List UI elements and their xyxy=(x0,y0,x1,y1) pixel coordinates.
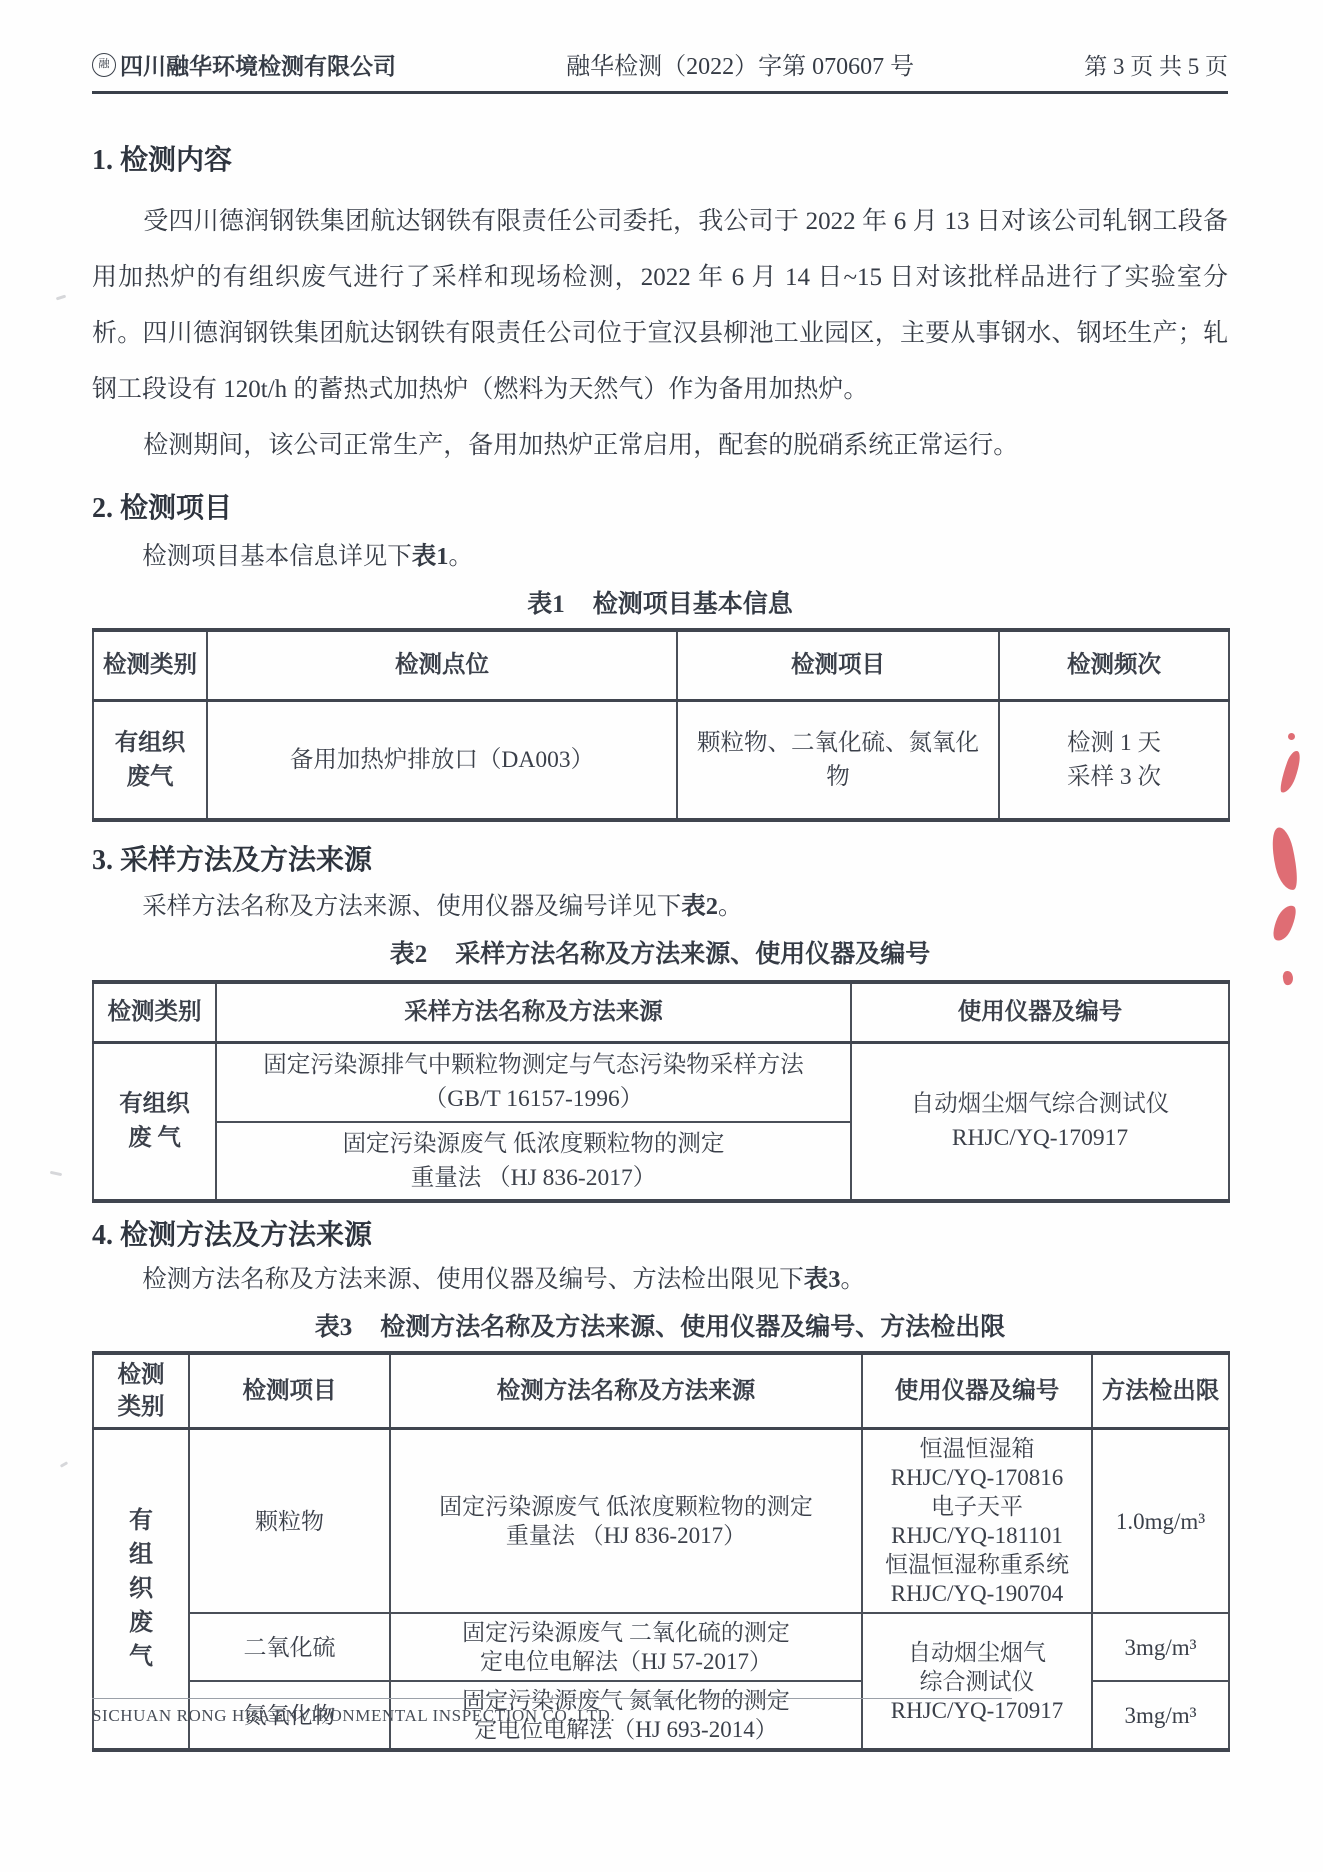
t2-cell-instrument: 自动烟尘烟气综合测试仪 RHJC/YQ-170917 xyxy=(851,1042,1229,1201)
table-3-caption: 检测方法名称及方法来源、使用仪器及编号、方法检出限 xyxy=(380,1314,1005,1341)
section-2-intro: 检测项目基本信息详见下表1。 xyxy=(92,534,1228,580)
section-4-title: 4. 检测方法及方法来源 xyxy=(92,1219,1228,1253)
section-1-paragraph-2: 检测期间，该公司正常生产，备用加热炉正常启用，配套的脱硝系统正常运行。 xyxy=(92,418,1228,474)
table-2-data-row: 有组织 废 气 固定污染源排气中颗粒物测定与气态污染物采样方法 （GB/T 16… xyxy=(93,1042,1229,1122)
section-1-title: 1. 检测内容 xyxy=(92,144,1228,178)
t1-cell-frequency: 检测 1 天 采样 3 次 xyxy=(999,700,1229,820)
t3-header-limit: 方法检出限 xyxy=(1092,1353,1229,1429)
t3-cell-limit-1: 1.0mg/m³ xyxy=(1092,1429,1229,1614)
table-3-row-particulate: 有 组 织 废 气 颗粒物 固定污染源废气 低浓度颗粒物的测定 重量法 （HJ … xyxy=(93,1429,1229,1614)
t3-header-item: 检测项目 xyxy=(189,1353,390,1429)
intro-text: 采样方法名称及方法来源、使用仪器及编号详见下 xyxy=(142,893,681,920)
t1-header-category: 检测类别 xyxy=(93,630,207,700)
t1-header-frequency: 检测频次 xyxy=(999,630,1229,700)
table-1-detection-items: 检测类别 检测点位 检测项目 检测频次 有组织 废气 备用加热炉排放口（DA00… xyxy=(92,628,1230,822)
scan-artifact-mark xyxy=(56,295,66,301)
t3-cell-method-2: 固定污染源废气 二氧化硫的测定 定电位电解法（HJ 57-2017） xyxy=(390,1613,862,1681)
red-stamp-fragment xyxy=(1282,970,1294,986)
t1-cell-point: 备用加热炉排放口（DA003） xyxy=(207,700,677,820)
company-name-text: 四川融华环境检测有限公司 xyxy=(120,48,396,81)
intro-text: 检测项目基本信息详见下 xyxy=(142,543,412,570)
intro-text-end: 。 xyxy=(718,893,743,920)
document-footer: SICHUAN RONG HUA ENVIRONMENTAL INSPECTIO… xyxy=(92,1698,1012,1726)
t3-header-method: 检测方法名称及方法来源 xyxy=(390,1353,862,1429)
t2-header-category: 检测类别 xyxy=(93,982,216,1042)
table-1-caption: 检测项目基本信息 xyxy=(593,591,793,618)
t1-header-point: 检测点位 xyxy=(207,630,677,700)
table-1-ref: 表1 xyxy=(412,543,449,570)
section-3-intro: 采样方法名称及方法来源、使用仪器及编号详见下表2。 xyxy=(92,884,1228,930)
table-1-data-row: 有组织 废气 备用加热炉排放口（DA003） 颗粒物、二氧化硫、氮氧化物 检测 … xyxy=(93,700,1229,820)
red-stamp-fragment xyxy=(1269,902,1300,944)
t1-header-items: 检测项目 xyxy=(677,630,999,700)
intro-text-end: 。 xyxy=(840,1266,865,1293)
section-2-title: 2. 检测项目 xyxy=(92,492,1228,526)
table-2-caption: 采样方法名称及方法来源、使用仪器及编号 xyxy=(455,941,930,968)
footer-company-en: SICHUAN RONG HUA ENVIRONMENTAL INSPECTIO… xyxy=(92,1706,615,1725)
page-content: 融 四川融华环境检测有限公司 融华检测（2022）字第 070607 号 第 3… xyxy=(92,0,1228,1752)
report-page: 融 四川融华环境检测有限公司 融华检测（2022）字第 070607 号 第 3… xyxy=(0,0,1323,1872)
page-indicator: 第 3 页 共 5 页 xyxy=(1084,48,1228,81)
scan-artifact-mark xyxy=(50,1171,62,1176)
company-name: 融 四川融华环境检测有限公司 xyxy=(92,48,396,81)
t2-header-instrument: 使用仪器及编号 xyxy=(851,982,1229,1042)
t3-cell-instrument-1: 恒温恒湿箱 RHJC/YQ-170816 电子天平 RHJC/YQ-181101… xyxy=(862,1429,1092,1614)
table-2-ref: 表2 xyxy=(681,893,718,920)
table-3-detection-methods: 检测 类别 检测项目 检测方法名称及方法来源 使用仪器及编号 方法检出限 有 组… xyxy=(92,1351,1230,1752)
t1-cell-category: 有组织 废气 xyxy=(93,700,207,820)
company-seal-icon: 融 xyxy=(92,53,116,77)
table-3-ref: 表3 xyxy=(804,1266,841,1293)
document-header: 融 四川融华环境检测有限公司 融华检测（2022）字第 070607 号 第 3… xyxy=(92,0,1228,94)
red-stamp-fragment xyxy=(1267,825,1302,892)
t3-cell-item-2: 二氧化硫 xyxy=(189,1613,390,1681)
t3-cell-item-1: 颗粒物 xyxy=(189,1429,390,1614)
t1-cell-items: 颗粒物、二氧化硫、氮氧化物 xyxy=(677,700,999,820)
t3-header-category: 检测 类别 xyxy=(93,1353,189,1429)
table-2-sampling-methods: 检测类别 采样方法名称及方法来源 使用仪器及编号 有组织 废 气 固定污染源排气… xyxy=(92,980,1230,1203)
t2-header-method: 采样方法名称及方法来源 xyxy=(216,982,851,1042)
section-4-intro: 检测方法名称及方法来源、使用仪器及编号、方法检出限见下表3。 xyxy=(92,1257,1228,1303)
table-1-label: 表1 xyxy=(527,591,565,618)
t2-cell-category: 有组织 废 气 xyxy=(93,1042,216,1201)
intro-text-end: 。 xyxy=(448,543,473,570)
section-1-paragraph-1: 受四川德润钢铁集团航达钢铁有限责任公司委托，我公司于 2022 年 6 月 13… xyxy=(92,194,1228,418)
t3-header-instrument: 使用仪器及编号 xyxy=(862,1353,1092,1429)
table-3-title: 表3检测方法名称及方法来源、使用仪器及编号、方法检出限 xyxy=(92,1311,1228,1345)
red-stamp-fragment xyxy=(1288,733,1295,740)
red-stamp-fragment xyxy=(1277,749,1304,795)
t2-cell-method-1: 固定污染源排气中颗粒物测定与气态污染物采样方法 （GB/T 16157-1996… xyxy=(216,1042,851,1122)
t3-cell-method-1: 固定污染源废气 低浓度颗粒物的测定 重量法 （HJ 836-2017） xyxy=(390,1429,862,1614)
t2-cell-method-2: 固定污染源废气 低浓度颗粒物的测定 重量法 （HJ 836-2017） xyxy=(216,1122,851,1201)
table-1-title: 表1检测项目基本信息 xyxy=(92,588,1228,622)
scan-artifact-mark xyxy=(60,1461,68,1468)
t3-cell-instrument-2: 自动烟尘烟气 综合测试仪 RHJC/YQ-170917 xyxy=(862,1613,1092,1750)
table-3-label: 表3 xyxy=(315,1314,353,1341)
document-number: 融华检测（2022）字第 070607 号 xyxy=(566,46,914,81)
table-3-header-row: 检测 类别 检测项目 检测方法名称及方法来源 使用仪器及编号 方法检出限 xyxy=(93,1353,1229,1429)
table-1-header-row: 检测类别 检测点位 检测项目 检测频次 xyxy=(93,630,1229,700)
table-3-row-so2: 二氧化硫 固定污染源废气 二氧化硫的测定 定电位电解法（HJ 57-2017） … xyxy=(93,1613,1229,1681)
section-3-title: 3. 采样方法及方法来源 xyxy=(92,844,1228,878)
t3-cell-limit-3: 3mg/m³ xyxy=(1092,1681,1229,1750)
table-2-header-row: 检测类别 采样方法名称及方法来源 使用仪器及编号 xyxy=(93,982,1229,1042)
table-2-label: 表2 xyxy=(390,941,428,968)
t3-cell-limit-2: 3mg/m³ xyxy=(1092,1613,1229,1681)
table-2-title: 表2采样方法名称及方法来源、使用仪器及编号 xyxy=(92,938,1228,972)
intro-text: 检测方法名称及方法来源、使用仪器及编号、方法检出限见下 xyxy=(142,1266,804,1293)
